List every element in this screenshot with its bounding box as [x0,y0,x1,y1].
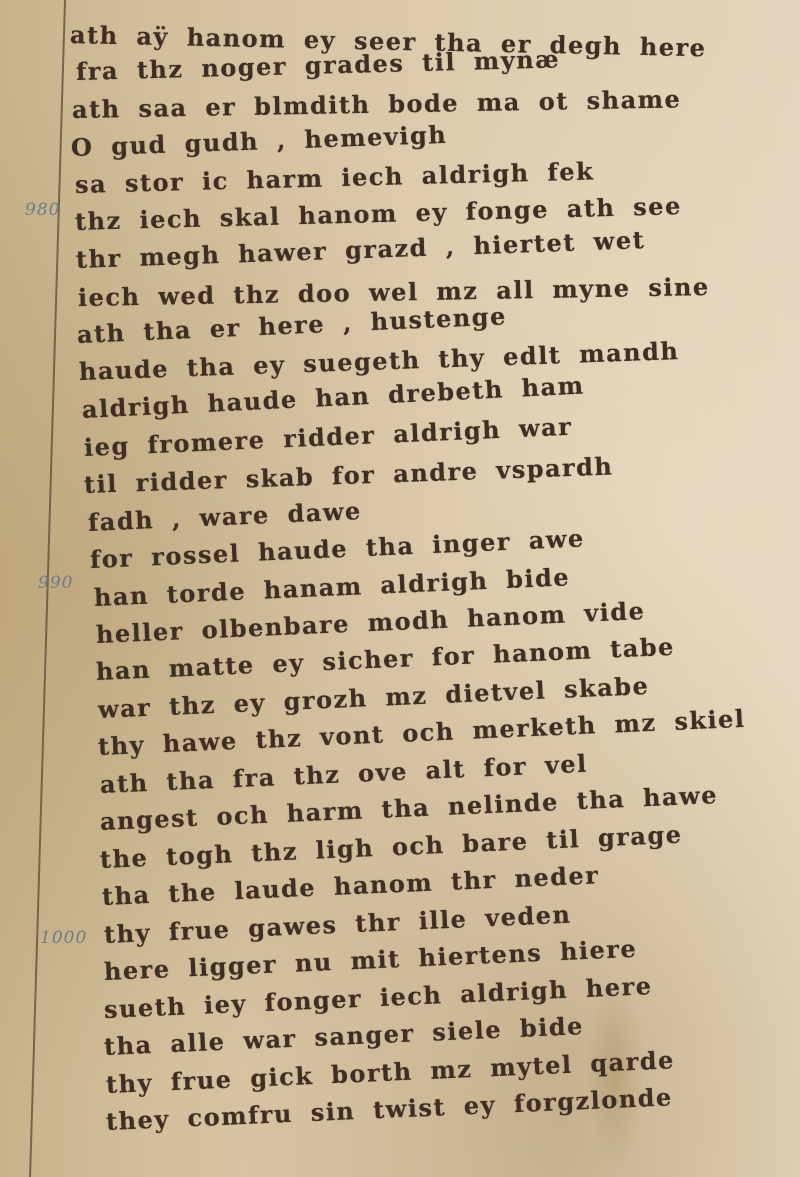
manuscript-text-block: ath aÿ hanom ey seer tha er degh herefra… [70,0,790,1177]
manuscript-line: O gud gudh , hemevigh [70,120,447,162]
margin-line-number: 990 [38,573,73,593]
manuscript-line: sa stor ic harm iech aldrigh fek [75,156,595,199]
manuscript-line: fadh , ware dawe [87,496,362,537]
margin-line-number: 980 [25,200,60,220]
manuscript-line: ath saa er blmdith bode ma ot shame [72,84,682,124]
manuscript-page: 9809901000 ath aÿ hanom ey seer tha er d… [0,0,800,1177]
manuscript-line: til ridder skab for andre vspardh [83,452,613,499]
